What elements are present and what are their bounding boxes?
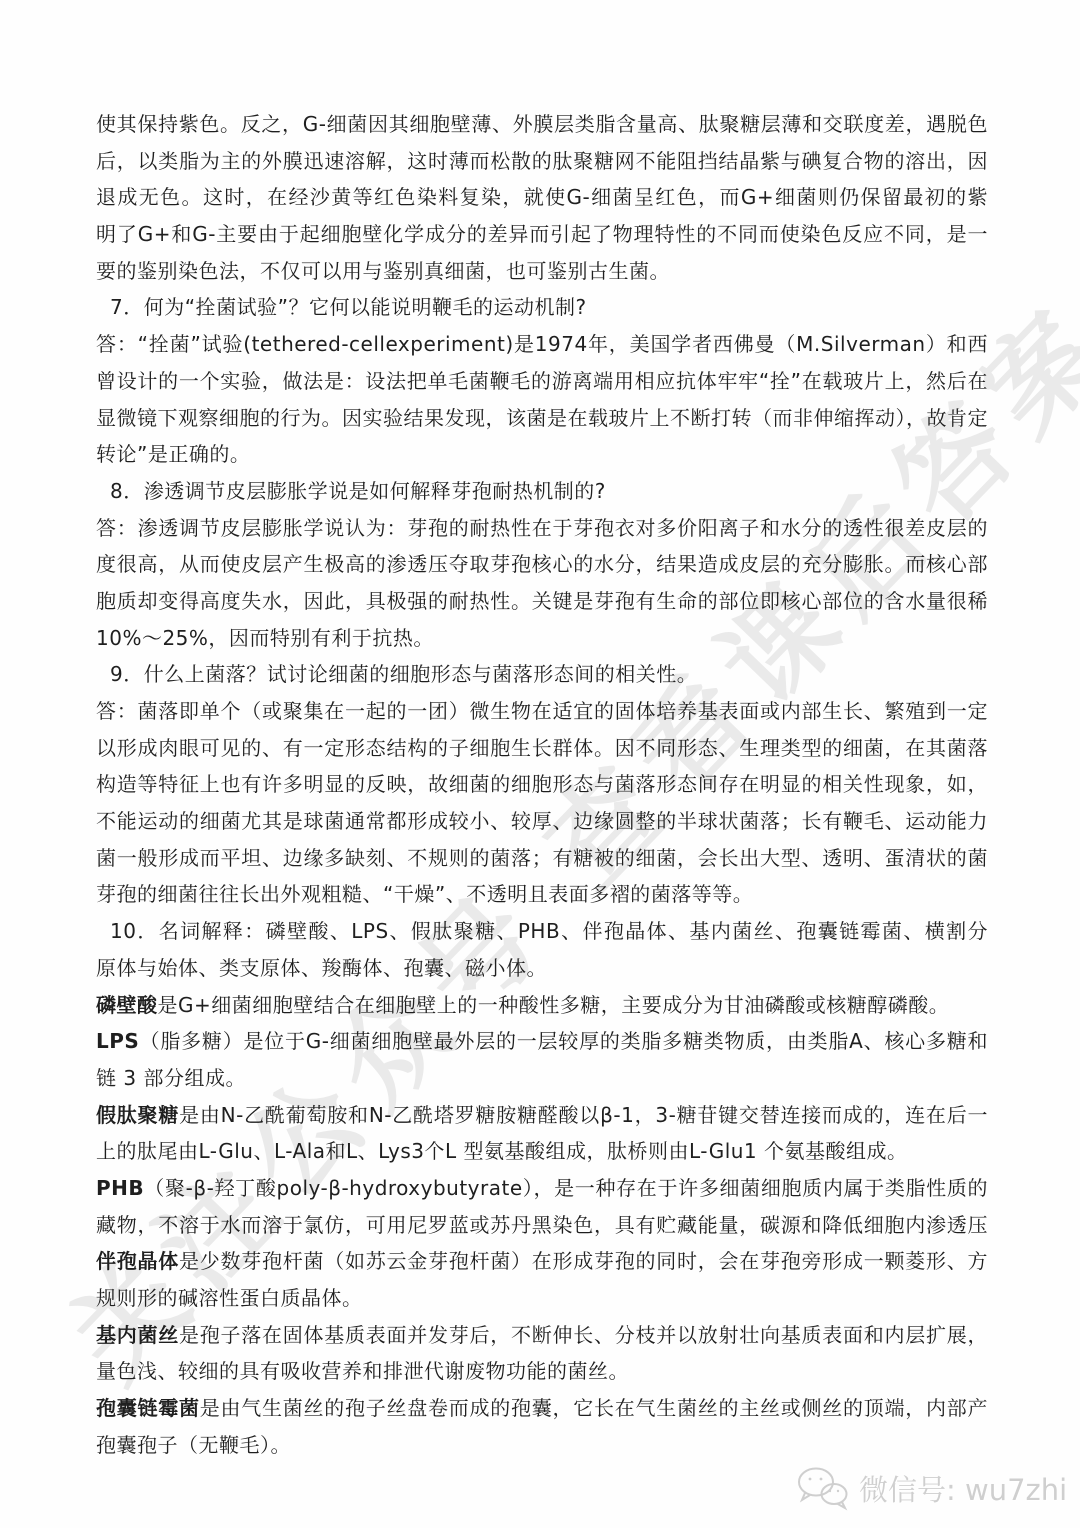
text-line: 构造等特征上也有许多明显的反映，故细菌的细胞形态与菌落形态间存在明显的相关性现象… <box>96 766 988 803</box>
text-line: 菌一般形成而平坦、边缘多缺刻、不规则的菌落；有糖被的细菌，会长出大型、透明、蛋清… <box>96 840 988 877</box>
term-bold: 假肽聚糖 <box>96 1103 179 1127</box>
text-line: 退成无色。这时，在经沙黄等红色染料复染，就使G-细菌呈红色，而G+细菌则仍保留最… <box>96 179 988 216</box>
text-line: 链 3 部分组成。 <box>96 1060 988 1097</box>
line-text: 是由气生菌丝的孢子丝盘卷而成的孢囊，它长在气生菌丝的主丝或侧丝的顶端，内部产生多… <box>96 1396 988 1427</box>
line-text: 芽孢的细菌往往长出外观粗糙、“干燥”、不透明且表面多褶的菌落等等。 <box>96 882 753 906</box>
text-line: 要的鉴别染色法，不仅可以用与鉴别真细菌，也可鉴别古生菌。 <box>96 253 988 290</box>
line-text: 不能运动的细菌尤其是球菌通常都形成较小、较厚、边缘圆整的半球状菌落；长有鞭毛、运… <box>96 809 988 840</box>
line-text: 答：“拴菌”试验(tethered-cellexperiment)是1974年，… <box>96 332 988 363</box>
line-text: 原体与始体、类支原体、羧酶体、孢囊、磁小体。 <box>96 956 547 980</box>
term-bold: 基内菌丝 <box>96 1323 179 1347</box>
text-line: 磷壁酸是G+细菌细胞壁结合在细胞壁上的一种酸性多糖，主要成分为甘油磷酸或核糖醇磷… <box>96 987 988 1024</box>
line-text: 孢囊孢子（无鞭毛）。 <box>96 1433 291 1457</box>
line-text: 量色浅、较细的具有吸收营养和排泄代谢废物功能的菌丝。 <box>96 1359 629 1383</box>
text-line: 后，以类脂为主的外膜迅速溶解，这时薄而松散的肽聚糖网不能阻挡结晶紫与碘复合物的溶… <box>96 143 988 180</box>
text-line: 藏物，不溶于水而溶于氯仿，可用尼罗蓝或苏丹黑染色，具有贮藏能量，碳源和降低细胞内… <box>96 1207 988 1244</box>
term-bold: 孢囊链霉菌 <box>96 1396 200 1420</box>
text-line: 使其保持紫色。反之，G-细菌因其细胞壁薄、外膜层类脂含量高、肽聚糖层薄和交联度差… <box>96 106 988 143</box>
text-line: 明了G+和G-主要由于起细胞壁化学成分的差异而引起了物理特性的不同而使染色反应不… <box>96 216 988 253</box>
wechat-icon <box>795 1465 849 1511</box>
term-bold: 伴孢晶体 <box>96 1249 179 1273</box>
text-line: 曾设计的一个实验，做法是：设法把单毛菌鞭毛的游离端用相应抗体牢牢“拴”在载玻片上… <box>96 363 988 400</box>
line-text: 转论”是正确的。 <box>96 442 250 466</box>
text-line: 10．名词解释：磷壁酸、LPS、假肽聚糖、PHB、伴孢晶体、基内菌丝、孢囊链霉菌… <box>96 913 988 950</box>
document-lines: 使其保持紫色。反之，G-细菌因其细胞壁薄、外膜层类脂含量高、肽聚糖层薄和交联度差… <box>96 106 988 1463</box>
text-line: 度很高，从而使皮层产生极高的渗透压夺取芽孢核心的水分，结果造成皮层的充分膨胀。而… <box>96 546 988 583</box>
text-line: 芽孢的细菌往往长出外观粗糙、“干燥”、不透明且表面多褶的菌落等等。 <box>96 876 988 913</box>
text-line: 量色浅、较细的具有吸收营养和排泄代谢废物功能的菌丝。 <box>96 1353 988 1390</box>
text-line: 答：“拴菌”试验(tethered-cellexperiment)是1974年，… <box>96 326 988 363</box>
text-line: 上的肽尾由L-Glu、L-Ala和L、Lys3个L 型氨基酸组成，肽桥则由L-G… <box>96 1133 988 1170</box>
line-text: 是G+细菌细胞壁结合在细胞壁上的一种酸性多糖，主要成分为甘油磷酸或核糖醇磷酸。 <box>158 993 950 1017</box>
line-text: 构造等特征上也有许多明显的反映，故细菌的细胞形态与菌落形态间存在明显的相关性现象… <box>96 772 988 803</box>
line-text: 曾设计的一个实验，做法是：设法把单毛菌鞭毛的游离端用相应抗体牢牢“拴”在载玻片上… <box>96 369 988 400</box>
line-text: 规则形的碱溶性蛋白质晶体。 <box>96 1286 363 1310</box>
line-text: 10%～25%，因而特别有利于抗热。 <box>96 626 434 650</box>
document-page: 关注公众号 查看课后答案 使其保持紫色。反之，G-细菌因其细胞壁薄、外膜层类脂含… <box>0 0 1080 1528</box>
line-text: 是少数芽孢杆菌（如苏云金芽孢杆菌）在形成芽孢的同时，会在芽孢旁形成一颗菱形、方形… <box>96 1249 988 1280</box>
line-text: 是孢子落在固体基质表面并发芽后，不断伸长、分枝并以放射壮向基质表面和内层扩展，形… <box>96 1323 988 1354</box>
text-line: 伴孢晶体是少数芽孢杆菌（如苏云金芽孢杆菌）在形成芽孢的同时，会在芽孢旁形成一颗菱… <box>96 1243 988 1280</box>
line-text: （聚-β-羟丁酸poly-β-hydroxybutyrate），是一种存在于许多… <box>96 1176 988 1207</box>
text-line: 7．何为“拴菌试验”？它何以能说明鞭毛的运动机制? <box>96 289 988 326</box>
line-text: 藏物，不溶于水而溶于氯仿，可用尼罗蓝或苏丹黑染色，具有贮藏能量，碳源和降低细胞内… <box>96 1213 988 1244</box>
text-line: 以形成肉眼可见的、有一定形态结构的子细胞生长群体。因不同形态、生理类型的细菌，在… <box>96 730 988 767</box>
line-text: 明了G+和G-主要由于起细胞壁化学成分的差异而引起了物理特性的不同而使染色反应不… <box>96 222 988 253</box>
line-text: 7．何为“拴菌试验”？它何以能说明鞭毛的运动机制? <box>110 295 587 319</box>
text-line: 不能运动的细菌尤其是球菌通常都形成较小、较厚、边缘圆整的半球状菌落；长有鞭毛、运… <box>96 803 988 840</box>
text-line: 孢囊链霉菌是由气生菌丝的孢子丝盘卷而成的孢囊，它长在气生菌丝的主丝或侧丝的顶端，… <box>96 1390 988 1427</box>
line-text: 上的肽尾由L-Glu、L-Ala和L、Lys3个L 型氨基酸组成，肽桥则由L-G… <box>96 1139 908 1163</box>
text-line: 显微镜下观察细胞的行为。因实验结果发现，该菌是在载玻片上不断打转（而非伸缩挥动）… <box>96 400 988 437</box>
text-line: 答：渗透调节皮层膨胀学说认为：芽孢的耐热性在于芽孢衣对多价阳离子和水分的透性很差… <box>96 510 988 547</box>
text-line: 10%～25%，因而特别有利于抗热。 <box>96 620 988 657</box>
text-line: 基内菌丝是孢子落在固体基质表面并发芽后，不断伸长、分枝并以放射壮向基质表面和内层… <box>96 1317 988 1354</box>
term-bold: LPS <box>96 1029 139 1053</box>
line-text: 10．名词解释：磷壁酸、LPS、假肽聚糖、PHB、伴孢晶体、基内菌丝、孢囊链霉菌… <box>110 919 988 950</box>
line-text: 链 3 部分组成。 <box>96 1066 246 1090</box>
text-line: 9．什么上菌落？试讨论细菌的细胞形态与菌落形态间的相关性。 <box>96 656 988 693</box>
text-line: 转论”是正确的。 <box>96 436 988 473</box>
text-line: LPS（脂多糖）是位于G-细菌细胞壁最外层的一层较厚的类脂多糖类物质，由类脂A、… <box>96 1023 988 1060</box>
wechat-watermark: 微信号: wu7zhi <box>795 1465 1067 1511</box>
line-text: 答：渗透调节皮层膨胀学说认为：芽孢的耐热性在于芽孢衣对多价阳离子和水分的透性很差… <box>96 516 988 547</box>
line-text: 退成无色。这时，在经沙黄等红色染料复染，就使G-细菌呈红色，而G+细菌则仍保留最… <box>96 185 988 216</box>
line-text: （脂多糖）是位于G-细菌细胞壁最外层的一层较厚的类脂多糖类物质，由类脂A、核心多… <box>96 1029 988 1060</box>
text-line: 假肽聚糖是由N-乙酰葡萄胺和N-乙酰塔罗糖胺糖醛酸以β-1，3-糖苷键交替连接而… <box>96 1097 988 1134</box>
line-text: 9．什么上菌落？试讨论细菌的细胞形态与菌落形态间的相关性。 <box>110 662 697 686</box>
text-line: 胞质却变得高度失水，因此，具极强的耐热性。关键是芽孢有生命的部位即核心部位的含水… <box>96 583 988 620</box>
line-text: 是由N-乙酰葡萄胺和N-乙酰塔罗糖胺糖醛酸以β-1，3-糖苷键交替连接而成的，连… <box>96 1103 988 1134</box>
term-bold: PHB <box>96 1176 144 1200</box>
line-text: 度很高，从而使皮层产生极高的渗透压夺取芽孢核心的水分，结果造成皮层的充分膨胀。而… <box>96 552 988 583</box>
line-text: 要的鉴别染色法，不仅可以用与鉴别真细菌，也可鉴别古生菌。 <box>96 259 670 283</box>
line-text: 胞质却变得高度失水，因此，具极强的耐热性。关键是芽孢有生命的部位即核心部位的含水… <box>96 589 988 620</box>
text-line: PHB（聚-β-羟丁酸poly-β-hydroxybutyrate），是一种存在… <box>96 1170 988 1207</box>
line-text: 后，以类脂为主的外膜迅速溶解，这时薄而松散的肽聚糖网不能阻挡结晶紫与碘复合物的溶… <box>96 149 988 180</box>
term-bold: 磷壁酸 <box>96 993 158 1017</box>
wechat-id-label: 微信号: wu7zhi <box>859 1468 1067 1509</box>
line-text: 以形成肉眼可见的、有一定形态结构的子细胞生长群体。因不同形态、生理类型的细菌，在… <box>96 736 988 767</box>
text-line: 规则形的碱溶性蛋白质晶体。 <box>96 1280 988 1317</box>
line-text: 显微镜下观察细胞的行为。因实验结果发现，该菌是在载玻片上不断打转（而非伸缩挥动）… <box>96 406 988 437</box>
text-line: 答：菌落即单个（或聚集在一起的一团）微生物在适宜的固体培养基表面或内部生长、繁殖… <box>96 693 988 730</box>
line-text: 菌一般形成而平坦、边缘多缺刻、不规则的菌落；有糖被的细菌，会长出大型、透明、蛋清… <box>96 846 988 877</box>
text-line: 孢囊孢子（无鞭毛）。 <box>96 1427 988 1464</box>
line-text: 答：菌落即单个（或聚集在一起的一团）微生物在适宜的固体培养基表面或内部生长、繁殖… <box>96 699 988 730</box>
text-line: 原体与始体、类支原体、羧酶体、孢囊、磁小体。 <box>96 950 988 987</box>
line-text: 使其保持紫色。反之，G-细菌因其细胞壁薄、外膜层类脂含量高、肽聚糖层薄和交联度差… <box>96 112 988 143</box>
text-line: 8．渗透调节皮层膨胀学说是如何解释芽孢耐热机制的? <box>96 473 988 510</box>
line-text: 8．渗透调节皮层膨胀学说是如何解释芽孢耐热机制的? <box>110 479 606 503</box>
